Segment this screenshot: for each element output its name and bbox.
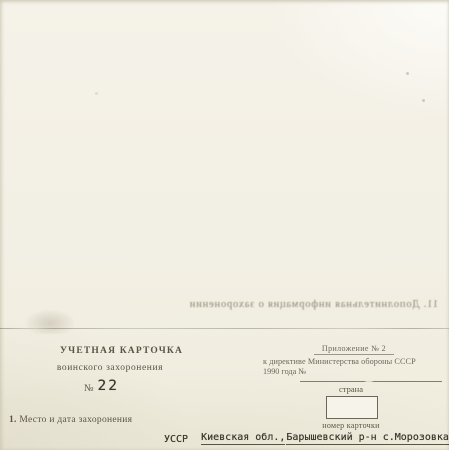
bleedthrough-mirrored-text: 11. Дополнительная информация о захороне…: [189, 299, 438, 310]
country-rule-line: [300, 381, 442, 382]
country-label: страна: [309, 384, 393, 394]
section1-number: 1.: [9, 415, 17, 425]
paper-speck: [422, 99, 425, 102]
location-country: УССР: [164, 434, 188, 445]
numero-sign: №: [84, 384, 94, 394]
location-district: Барышевский р-н с.Морозовка: [286, 432, 449, 445]
card-number-box: [326, 396, 378, 419]
location-region: Киевская обл.,: [201, 432, 285, 445]
section1-label: 1. Место и дата захоронения: [9, 415, 132, 425]
card-number: № 22: [84, 379, 119, 394]
section1-text: Место и дата захоронения: [19, 415, 132, 425]
burial-location-entry: УССР Киевская обл., Барышевский р-н с.Мо…: [164, 432, 449, 445]
card-title-line1: УЧЕТНАЯ КАРТОЧКА: [60, 346, 160, 356]
pencil-smudge: [26, 310, 74, 334]
annex-line3: 1990 года №: [263, 367, 445, 376]
card-title-line2: воинского захоронения: [47, 363, 173, 373]
paper-speck: [95, 92, 98, 95]
card-number-box-label: номер карточки: [309, 421, 393, 430]
scanned-card: 11. Дополнительная информация о захороне…: [0, 0, 449, 450]
card-number-value: 22: [98, 379, 119, 394]
annex-line2: к директиве Министерства обороны СССР: [263, 357, 445, 366]
annex-block: Приложение № 2 к директиве Министерства …: [263, 344, 445, 376]
paper-speck: [406, 72, 409, 75]
annex-line1: Приложение № 2: [263, 344, 445, 355]
paper-background: [0, 0, 449, 450]
